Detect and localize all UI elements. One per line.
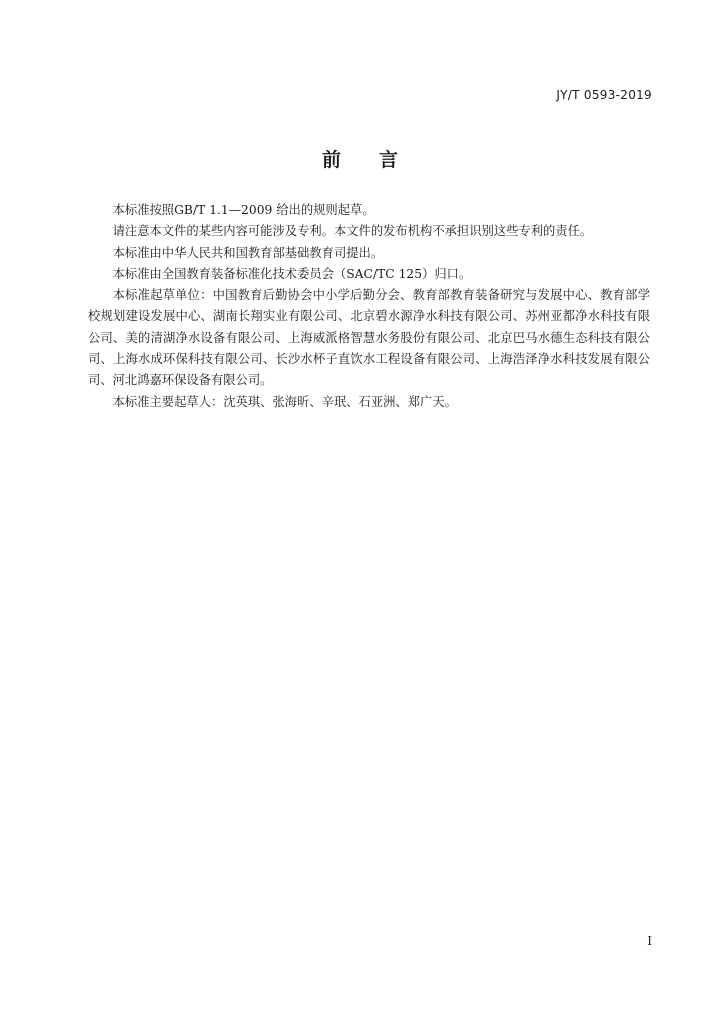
paragraph-proposer: 本标准由中华人民共和国教育部基础教育司提出。 — [88, 243, 650, 264]
foreword-body: 本标准按照GB/T 1.1—2009 给出的规则起草。 请注意本文件的某些内容可… — [88, 200, 650, 413]
document-code: JY/T 0593-2019 — [556, 88, 652, 102]
title-char-1: 前 — [322, 145, 341, 172]
paragraph-patent-notice: 请注意本文件的某些内容可能涉及专利。本文件的发布机构不承担识别这些专利的责任。 — [88, 221, 650, 242]
paragraph-drafting-rules: 本标准按照GB/T 1.1—2009 给出的规则起草。 — [88, 200, 650, 221]
paragraph-drafting-units: 本标准起草单位：中国教育后勤协会中小学后勤分会、教育部教育装备研究与发展中心、教… — [88, 285, 650, 391]
page-number: I — [647, 934, 652, 948]
title-char-2: 言 — [379, 145, 398, 172]
page-title: 前言 — [0, 145, 720, 172]
paragraph-drafters: 本标准主要起草人：沈英琪、张海昕、辛珉、石亚洲、郑广天。 — [88, 392, 650, 413]
paragraph-technical-committee: 本标准由全国教育装备标准化技术委员会（SAC/TC 125）归口。 — [88, 264, 650, 285]
